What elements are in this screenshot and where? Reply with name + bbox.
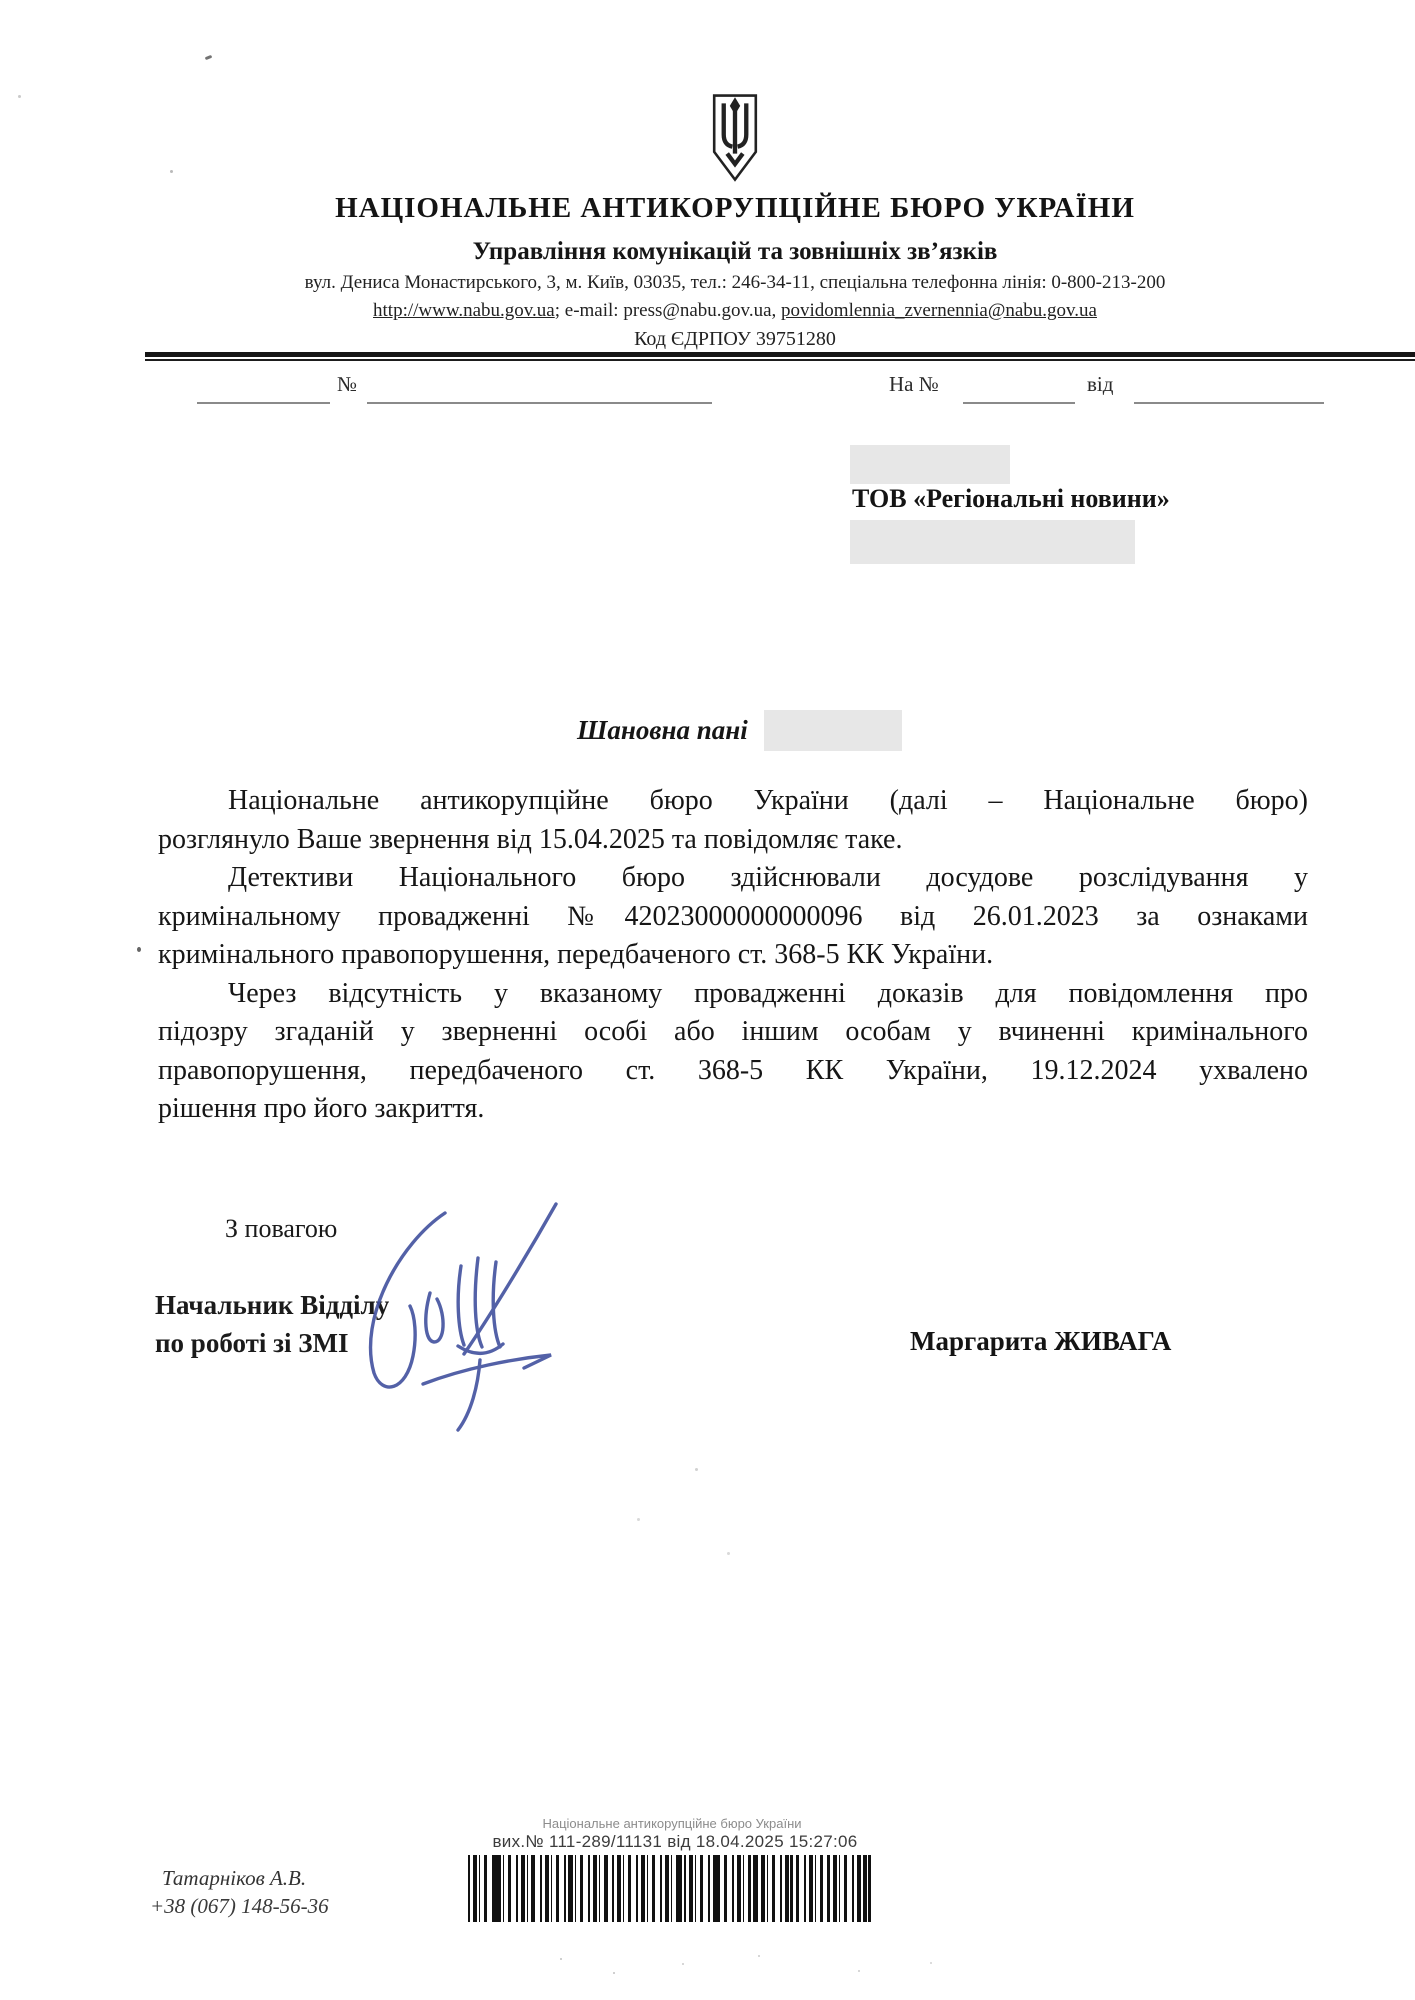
scan-speck bbox=[205, 55, 213, 60]
scan-speck bbox=[695, 1468, 698, 1471]
address-line: вул. Дениса Монастирського, 3, м. Київ, … bbox=[55, 272, 1415, 294]
outgoing-number-label: № bbox=[337, 372, 357, 397]
contacts-line: http://www.nabu.gov.ua; e-mail: press@na… bbox=[55, 300, 1415, 322]
header-divider-rule bbox=[145, 352, 1415, 361]
body-line: Детективи Національного бюро здійснювали… bbox=[158, 859, 1308, 898]
org-name-title: НАЦІОНАЛЬНЕ АНТИКОРУПЦІЙНЕ БЮРО УКРАЇНИ bbox=[55, 192, 1415, 225]
contacts-separator-1: ; e-mail: bbox=[555, 300, 624, 321]
edrpou-code-line: Код ЄДРПОУ 39751280 bbox=[55, 328, 1415, 351]
ukraine-trident-emblem bbox=[709, 86, 761, 190]
signer-name: Маргарита ЖИВАГА bbox=[910, 1326, 1171, 1357]
body-line: Національне антикорупційне бюро України … bbox=[158, 782, 1308, 821]
registration-stamp-reference: вих.№ 111-289/11131 від 18.04.2025 15:27… bbox=[440, 1832, 910, 1852]
letter-body: Національне антикорупційне бюро України … bbox=[158, 782, 1308, 1129]
body-line: розглянуло Ваше звернення від 15.04.2025… bbox=[158, 821, 1308, 860]
outgoing-number-blank bbox=[367, 400, 712, 404]
salutation-line: Шановна пані bbox=[577, 710, 902, 751]
scan-speck bbox=[560, 1958, 562, 1960]
scan-speck bbox=[682, 1963, 684, 1965]
body-line: Через відсутність у вказаному провадженн… bbox=[158, 975, 1308, 1014]
redaction-box-recipient-address bbox=[850, 520, 1135, 564]
body-line: правопорушення, передбаченого ст. 368-5 … bbox=[158, 1052, 1308, 1091]
email-secondary: povidomlennia_zvernennia@nabu.gov.ua bbox=[781, 300, 1097, 321]
department-subtitle: Управління комунікацій та зовнішніх зв’я… bbox=[55, 238, 1415, 266]
closing-phrase: З повагою bbox=[225, 1214, 337, 1244]
body-line: підозру згаданій у зверненні особі або і… bbox=[158, 1013, 1308, 1052]
outgoing-date-blank bbox=[197, 400, 330, 404]
scan-speck bbox=[727, 1552, 730, 1555]
scanned-letter-page: { "header": { "emblem": "ukraine-trident… bbox=[0, 0, 1415, 2000]
scan-speck bbox=[170, 170, 173, 173]
barcode bbox=[468, 1855, 873, 1922]
incoming-number-label: На № bbox=[889, 372, 939, 397]
recipient-company: ТОВ «Регіональні новини» bbox=[852, 484, 1170, 514]
incoming-number-blank bbox=[963, 400, 1075, 404]
signer-position-line2: по роботі зі ЗМІ bbox=[155, 1328, 348, 1359]
executor-name: Татарніков А.В. bbox=[162, 1866, 306, 1891]
incoming-date-blank bbox=[1134, 400, 1324, 404]
executor-phone: +38 (067) 148-56-36 bbox=[150, 1894, 329, 1919]
scan-speck bbox=[930, 1962, 932, 1964]
scan-speck bbox=[637, 1518, 640, 1521]
handwritten-signature bbox=[330, 1198, 575, 1433]
body-line: кримінальному провадженні №4202300000000… bbox=[158, 898, 1308, 937]
scan-speck bbox=[613, 1972, 615, 1974]
redaction-box-recipient-top bbox=[850, 445, 1010, 484]
salutation-text: Шановна пані bbox=[577, 715, 748, 746]
incoming-date-label: від bbox=[1087, 372, 1113, 397]
redaction-box-salutation-name bbox=[764, 710, 902, 751]
email-primary: press@nabu.gov.ua bbox=[623, 300, 771, 321]
registration-stamp-org: Національне антикорупційне бюро України bbox=[467, 1816, 877, 1831]
body-line: кримінального правопорушення, передбачен… bbox=[158, 936, 1308, 975]
website-url: http://www.nabu.gov.ua bbox=[373, 300, 555, 321]
contacts-separator-2: , bbox=[772, 300, 782, 321]
body-line: рішення про його закриття. bbox=[158, 1090, 1308, 1129]
scan-speck bbox=[758, 1955, 760, 1957]
scan-speck bbox=[858, 1970, 860, 1972]
scan-speck bbox=[18, 95, 21, 98]
scan-speck bbox=[137, 947, 141, 952]
